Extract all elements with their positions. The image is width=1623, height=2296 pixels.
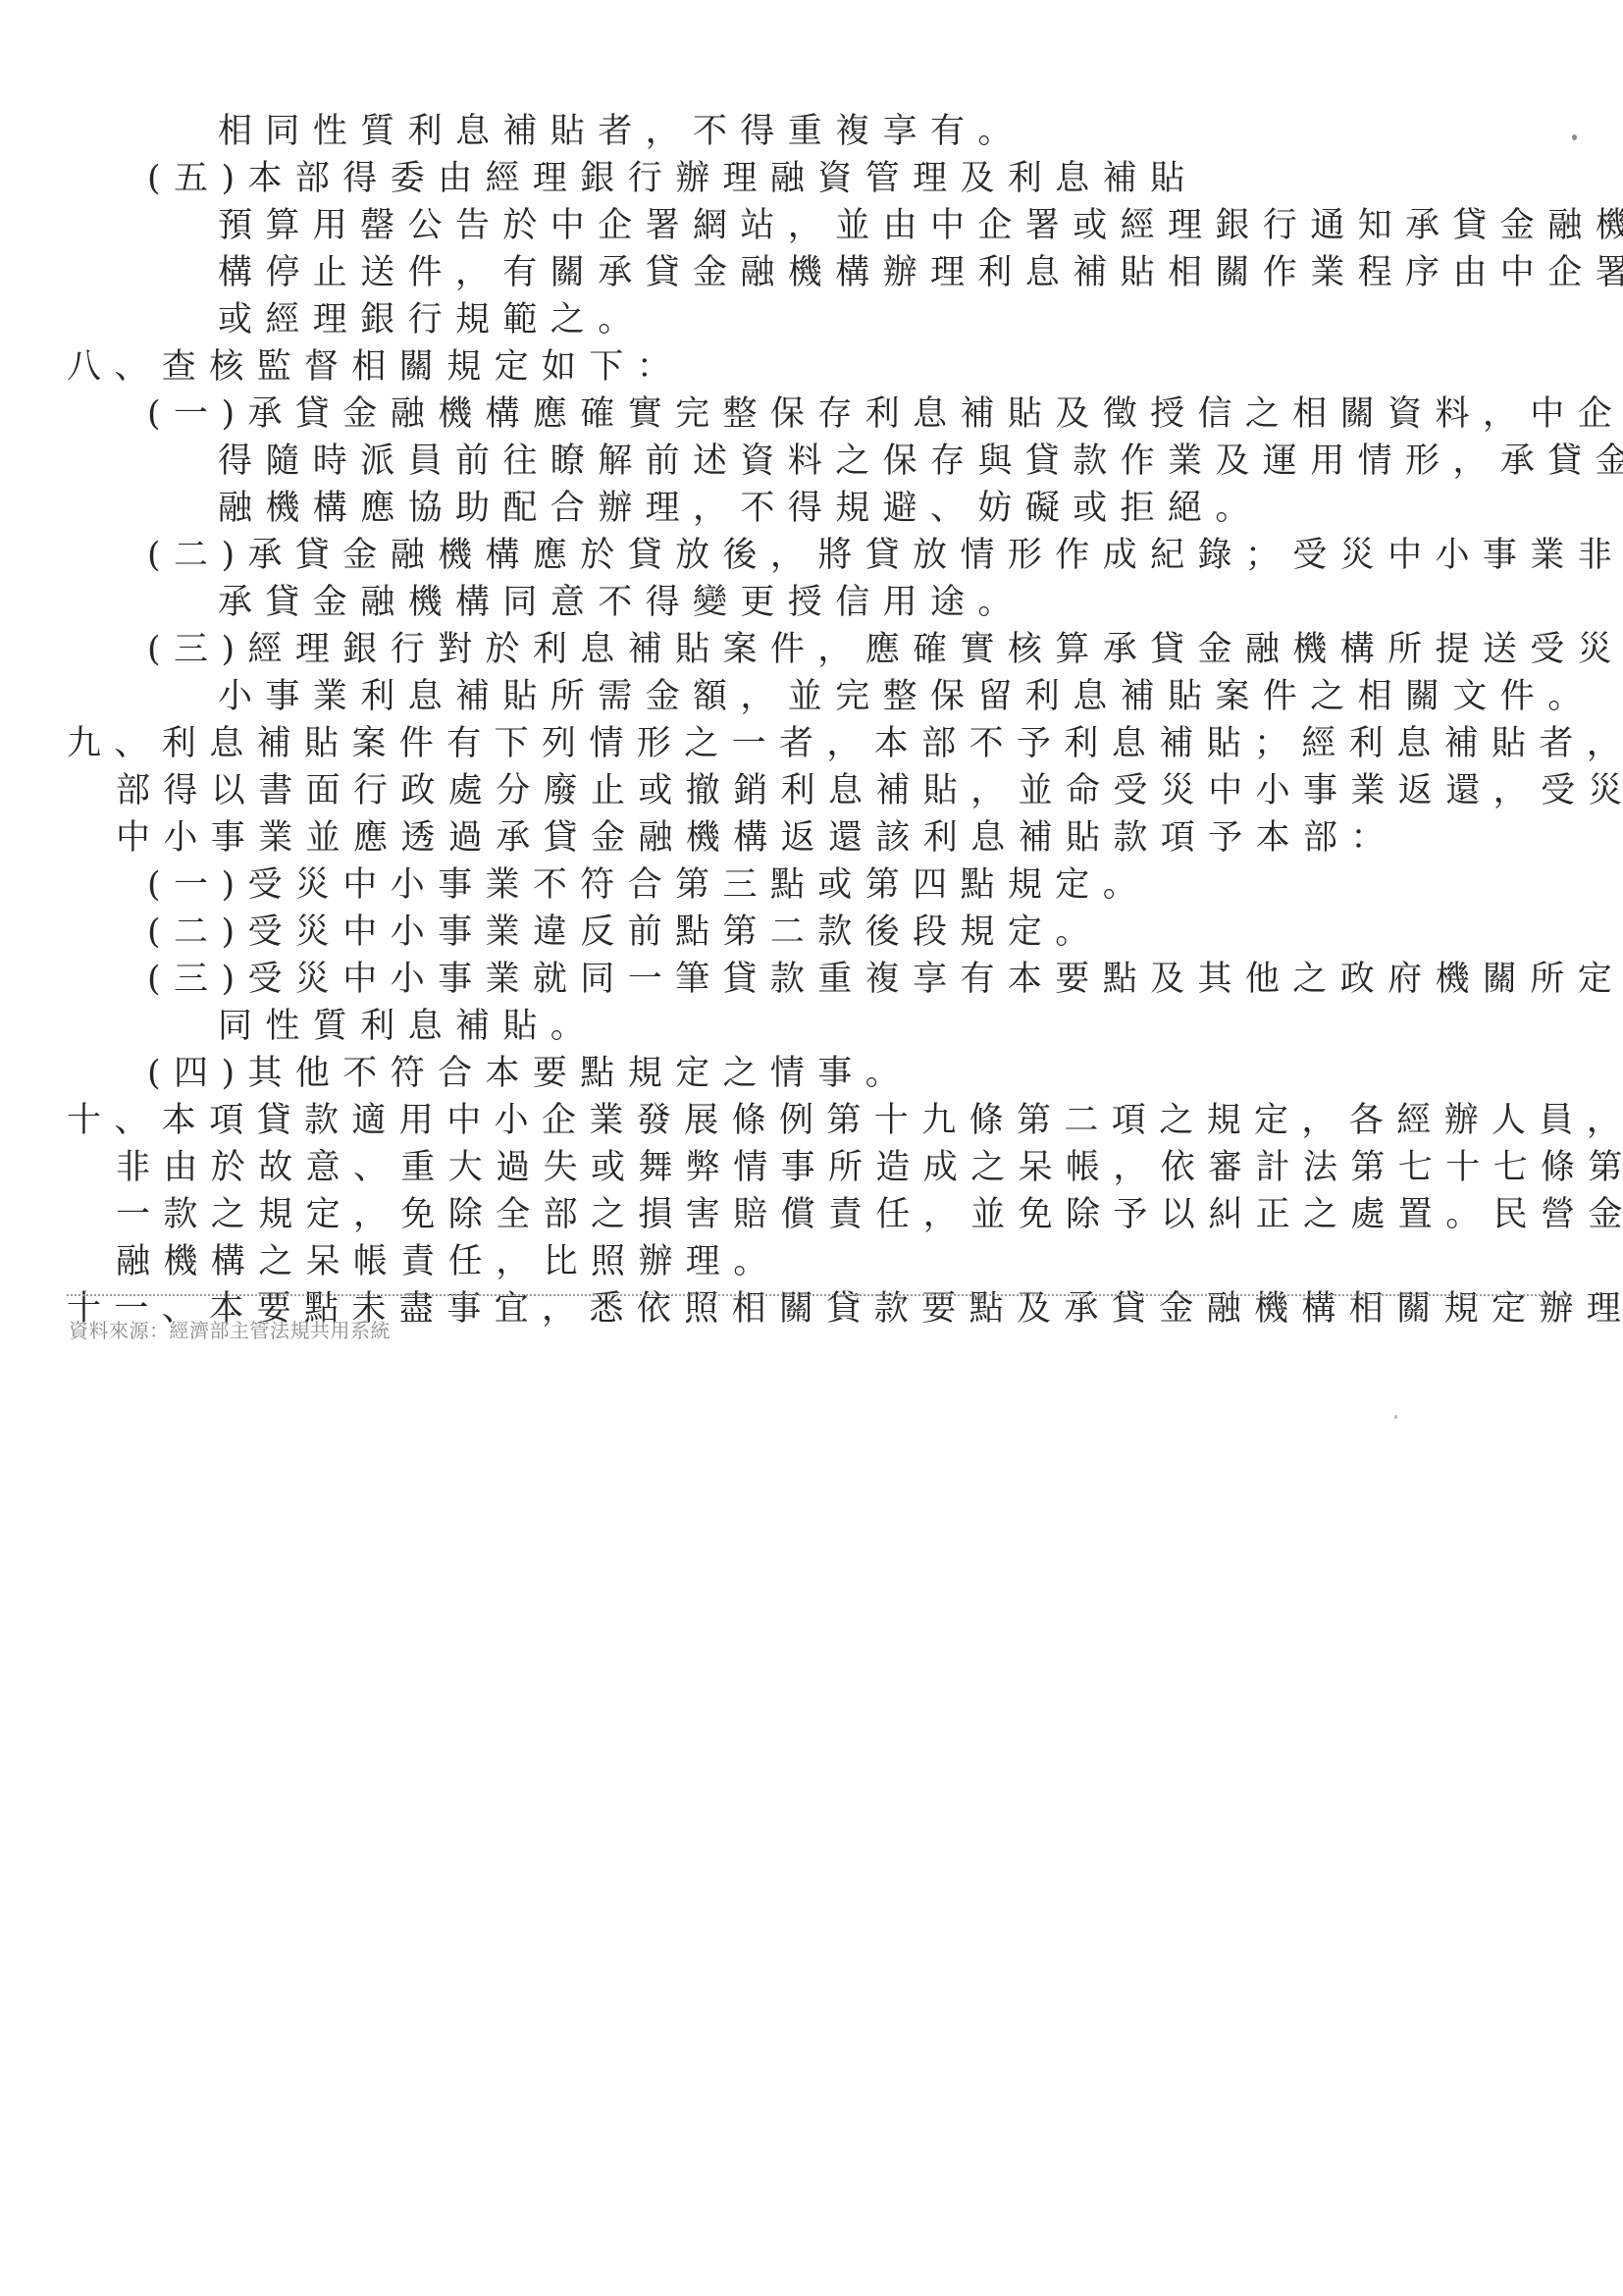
text-line: 構停止送件，有關承貸金融機構辦理利息補貼相關作業程序由中企署 [218,251,1623,294]
text-line: 承貸金融機構同意不得變更授信用途。 [218,581,1025,624]
text-line: (二)受災中小事業違反前點第二款後段規定。 [147,911,1103,954]
text-line: 八、查核監督相關規定如下： [67,345,684,389]
text-line: 融機構之呆帳責任，比照辦理。 [116,1240,781,1283]
footer-divider [67,1294,1552,1296]
scan-speck [1565,220,1570,225]
text-line: 小事業利息補貼所需金額，並完整保留利息補貼案件之相關文件。 [218,675,1596,718]
text-line: 十、本項貸款適用中小企業發展條例第十九條第二項之規定，各經辦人員，對 [67,1099,1623,1142]
text-line: (四)其他不符合本要點規定之情事。 [147,1052,913,1095]
text-line: 同性質利息補貼。 [218,1005,598,1048]
text-line: 九、利息補貼案件有下列情形之一者，本部不予利息補貼；經利息補貼者，本 [67,722,1623,765]
text-line: 非由於故意、重大過失或舞弊情事所造成之呆帳，依審計法第七十七條第 [116,1146,1623,1189]
text-line: (三)經理銀行對於利息補貼案件，應確實核算承貸金融機構所提送受災中 [147,628,1623,671]
text-line: (一)受災中小事業不符合第三點或第四點規定。 [147,863,1150,907]
scan-speck [1572,134,1577,140]
text-line: (三)受災中小事業就同一筆貸款重複享有本要點及其他之政府機關所定相 [147,958,1623,1001]
document-page: 相同性質利息補貼者，不得重複享有。(五)本部得委由經理銀行辦理融資管理及利息補貼… [0,0,1623,2296]
text-line: 融機構應協助配合辦理，不得規避、妨礙或拒絕。 [218,487,1263,530]
text-line: 部得以書面行政處分廢止或撤銷利息補貼，並命受災中小事業返還，受災 [116,769,1623,812]
scan-speck [1394,1415,1397,1419]
text-line: 或經理銀行規範之。 [218,298,646,341]
text-line: (五)本部得委由經理銀行辦理融資管理及利息補貼 [147,157,1198,200]
text-line: 相同性質利息補貼者，不得重複享有。 [218,110,1025,153]
text-line: 預算用罄公告於中企署網站，並由中企署或經理銀行通知承貸金融機 [218,204,1623,247]
text-line: (一)承貸金融機構應確實完整保存利息補貼及徵授信之相關資料，中企署 [147,392,1623,436]
text-line: (二)承貸金融機構應於貸放後，將貸放情形作成紀錄；受災中小事業非經 [147,534,1623,577]
text-line: 得隨時派員前往瞭解前述資料之保存與貸款作業及運用情形，承貸金 [218,440,1623,483]
text-line: 一款之規定，免除全部之損害賠償責任，並免除予以糾正之處置。民營金 [116,1193,1623,1236]
source-attribution: 資料來源：經濟部主管法規共用系統 [69,1315,391,1343]
text-line: 中小事業並應透過承貸金融機構返還該利息補貼款項予本部： [116,816,1398,860]
